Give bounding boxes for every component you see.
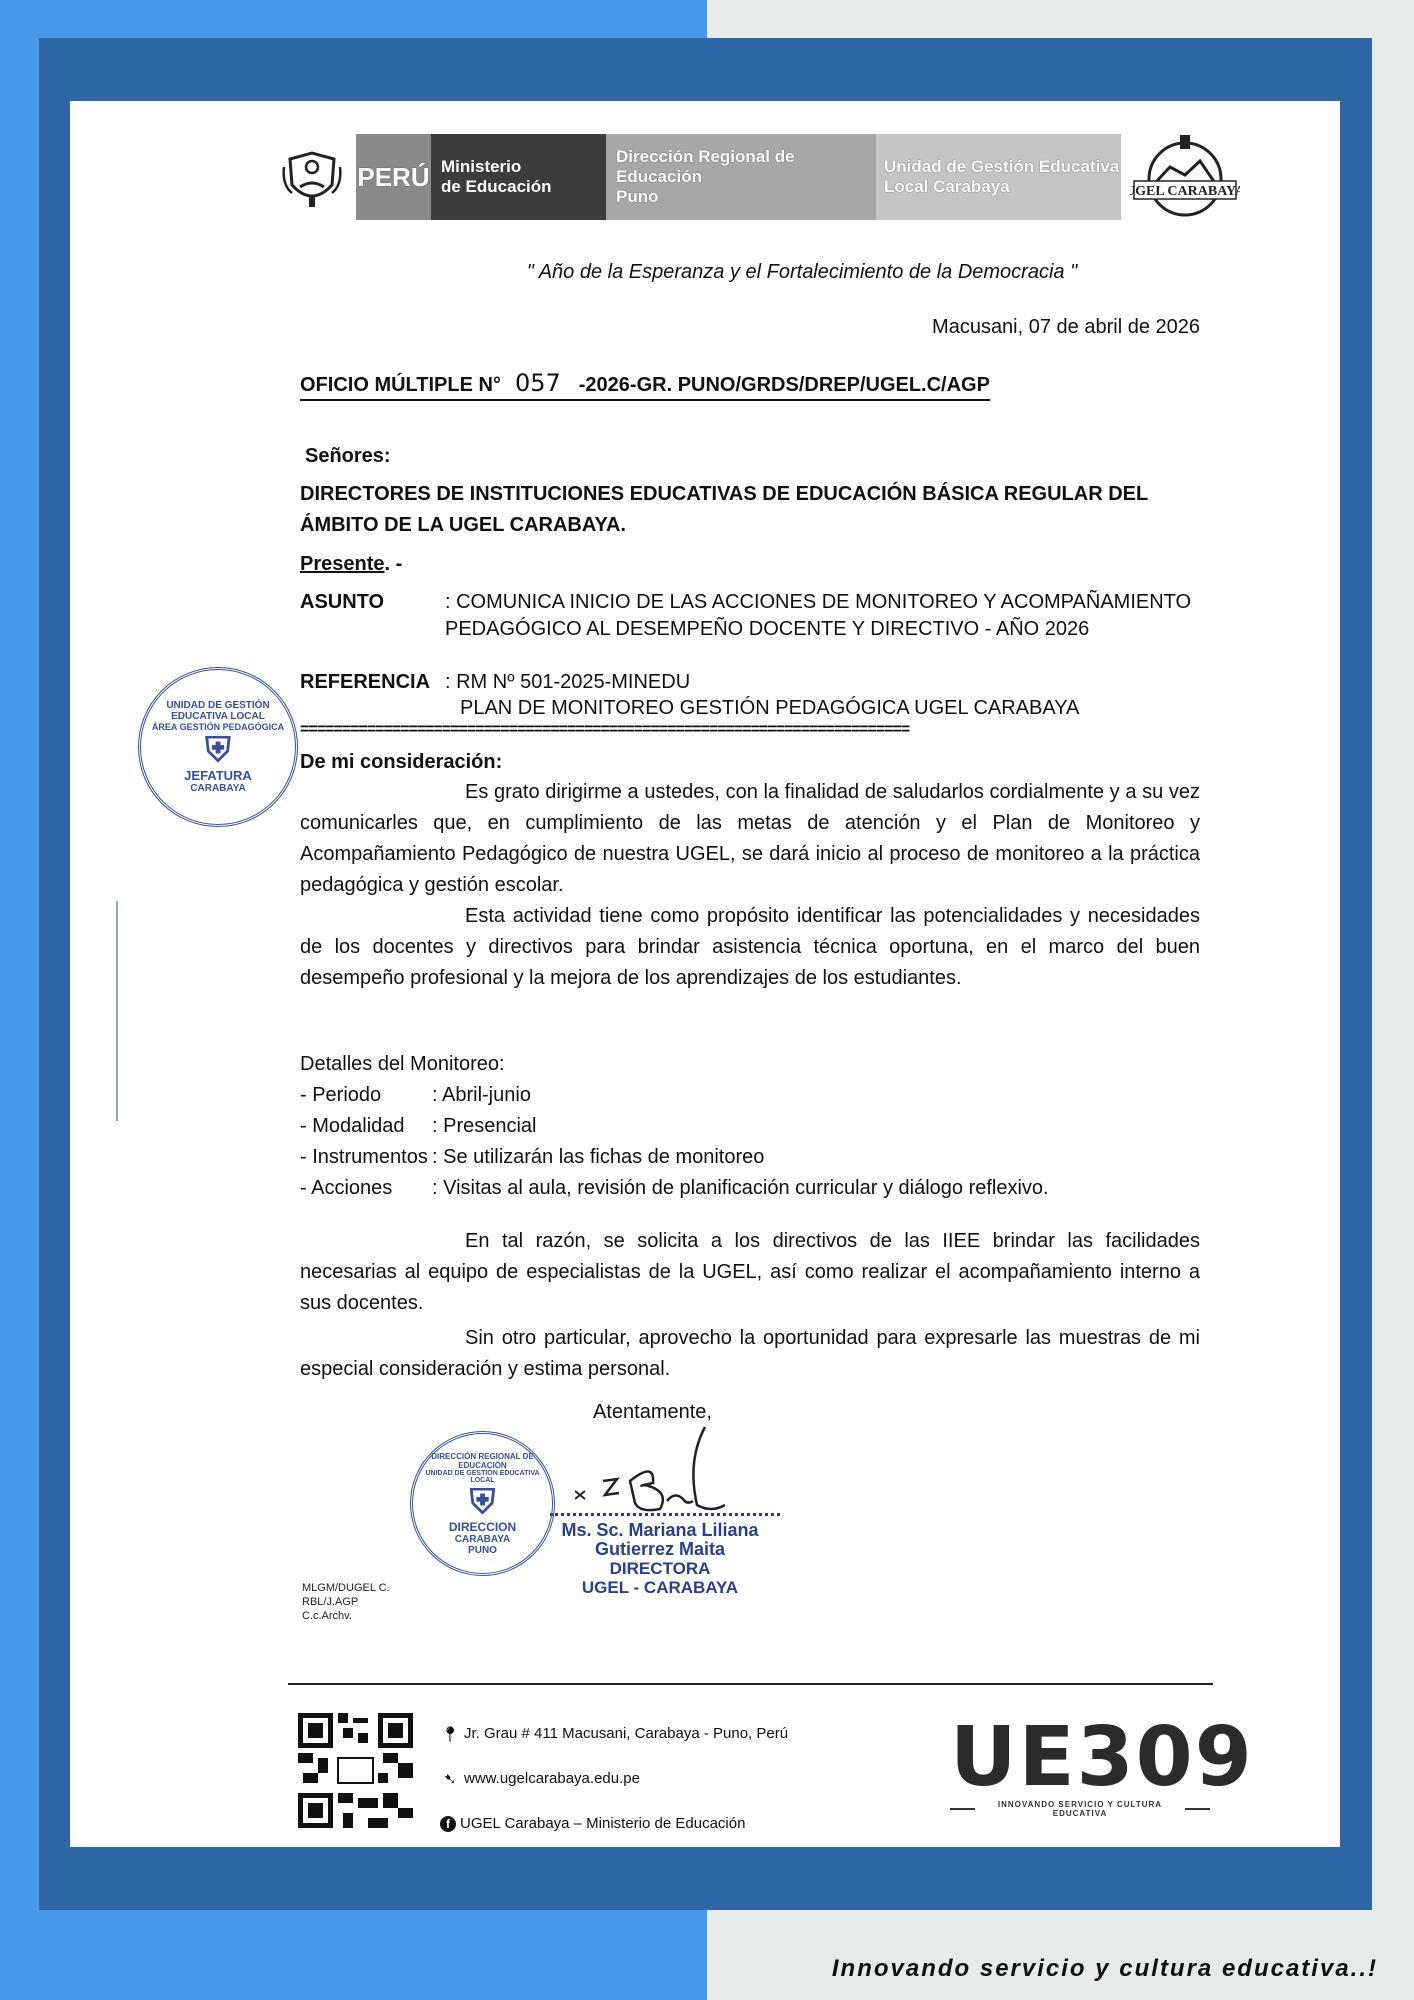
qr-code-icon[interactable] bbox=[298, 1713, 413, 1828]
asunto-label: ASUNTO bbox=[300, 589, 445, 643]
location-pin-icon: 📍︎ bbox=[440, 1725, 460, 1743]
contact-info: 📍︎Jr. Grau # 411 Macusani, Carabaya - Pu… bbox=[440, 1711, 788, 1846]
peru-coat-of-arms-icon bbox=[282, 145, 342, 209]
signatory-name: Ms. Sc. Mariana Liliana Gutierrez Maita bbox=[530, 1521, 790, 1559]
detail-row: - Modalidad: Presencial bbox=[300, 1111, 1200, 1142]
separator-line: ========================================… bbox=[300, 721, 1190, 739]
monitoring-details: Detalles del Monitoreo: - Periodo: Abril… bbox=[300, 1049, 1200, 1204]
signature-line bbox=[550, 1513, 780, 1516]
salutation: Señores: bbox=[305, 441, 1205, 472]
greeting: De mi consideración: bbox=[300, 747, 1200, 778]
document-page: PERÚ Ministeriode Educación Dirección Re… bbox=[70, 101, 1340, 1847]
reference-initials: MLGM/DUGEL C. RBL/J.AGP C.c.Archv. bbox=[302, 1581, 390, 1623]
ue309-logo: UE309 bbox=[950, 1716, 1210, 1800]
asunto-value: : COMUNICA INICIO DE LAS ACCIONES DE MON… bbox=[445, 589, 1200, 643]
presente-line: Presente. - bbox=[300, 549, 1200, 580]
referencia-value: : RM Nº 501-2025-MINEDU PLAN DE MONITORE… bbox=[445, 669, 1200, 721]
ugel-label: Unidad de Gestión EducativaLocal Carabay… bbox=[876, 134, 1121, 220]
paragraph-3: En tal razón, se solicita a los directiv… bbox=[300, 1226, 1200, 1319]
asunto-field: ASUNTO : COMUNICA INICIO DE LAS ACCIONES… bbox=[300, 589, 1200, 643]
signatory-role: DIRECTORA bbox=[530, 1559, 790, 1578]
paragraph-2: Esta actividad tiene como propósito iden… bbox=[300, 901, 1200, 994]
signatory: Ms. Sc. Mariana Liliana Gutierrez Maita … bbox=[530, 1521, 790, 1597]
ue309-brand: UE309 INNOVANDO SERVICIO Y CULTURA EDUCA… bbox=[950, 1716, 1210, 1818]
details-title: Detalles del Monitoreo: bbox=[300, 1049, 1200, 1080]
regional-directorate-label: Dirección Regional de EducaciónPuno bbox=[606, 134, 876, 220]
jefatura-stamp: UNIDAD DE GESTIÓN EDUCATIVA LOCAL ÁREA G… bbox=[138, 667, 298, 827]
ugel-carabaya-logo-icon: UGEL CARABAYA bbox=[1130, 131, 1240, 221]
handwritten-signature-icon bbox=[575, 1421, 735, 1521]
outer-tagline: Innovando servicio y cultura educativa..… bbox=[832, 1955, 1378, 1983]
ministry-label: Ministeriode Educación bbox=[431, 134, 606, 220]
cursor-arrow-icon: ➷ bbox=[440, 1770, 460, 1788]
detail-row: - Acciones: Visitas al aula, revisión de… bbox=[300, 1173, 1200, 1204]
svg-text:UGEL CARABAYA: UGEL CARABAYA bbox=[1130, 184, 1240, 199]
institution-band: PERÚ Ministeriode Educación Dirección Re… bbox=[356, 134, 1121, 220]
facebook-link[interactable]: UGEL Carabaya – Ministerio de Educación bbox=[460, 1815, 745, 1832]
coat-of-arms-icon: ⛨ bbox=[205, 732, 231, 768]
brand-tagline: INNOVANDO SERVICIO Y CULTURA EDUCATIVA bbox=[981, 1800, 1179, 1818]
referencia-field: REFERENCIA : RM Nº 501-2025-MINEDU PLAN … bbox=[300, 669, 1200, 721]
footer-divider bbox=[288, 1683, 1213, 1685]
detail-row: - Periodo: Abril-junio bbox=[300, 1080, 1200, 1111]
paragraph-1: Es grato dirigirme a ustedes, con la fin… bbox=[300, 777, 1200, 901]
letterhead: PERÚ Ministeriode Educación Dirección Re… bbox=[282, 131, 1322, 221]
year-slogan: " Año de la Esperanza y el Fortalecimien… bbox=[282, 261, 1322, 284]
facebook-icon: f bbox=[440, 1816, 456, 1832]
detail-row: - Instrumentos: Se utilizarán las fichas… bbox=[300, 1142, 1200, 1173]
website-row: ➷www.ugelcarabaya.edu.pe bbox=[440, 1756, 788, 1801]
handwritten-oficio-number: 057 bbox=[515, 369, 561, 397]
oficio-number-line: OFICIO MÚLTIPLE N°057-2026-GR. PUNO/GRDS… bbox=[300, 369, 990, 401]
address-row: 📍︎Jr. Grau # 411 Macusani, Carabaya - Pu… bbox=[440, 1711, 788, 1756]
signatory-entity: UGEL - CARABAYA bbox=[530, 1578, 790, 1597]
letter-date: Macusani, 07 de abril de 2026 bbox=[932, 316, 1200, 339]
referencia-label: REFERENCIA bbox=[300, 669, 445, 721]
facebook-row: fUGEL Carabaya – Ministerio de Educación bbox=[440, 1801, 788, 1846]
coat-of-arms-icon: ⛨ bbox=[470, 1484, 496, 1520]
recipients: DIRECTORES DE INSTITUCIONES EDUCATIVAS D… bbox=[300, 479, 1215, 541]
website-link[interactable]: www.ugelcarabaya.edu.pe bbox=[464, 1770, 640, 1787]
paragraph-4: Sin otro particular, aprovecho la oportu… bbox=[300, 1323, 1200, 1385]
scan-edge-mark bbox=[116, 901, 118, 1121]
country-label: PERÚ bbox=[356, 134, 431, 220]
